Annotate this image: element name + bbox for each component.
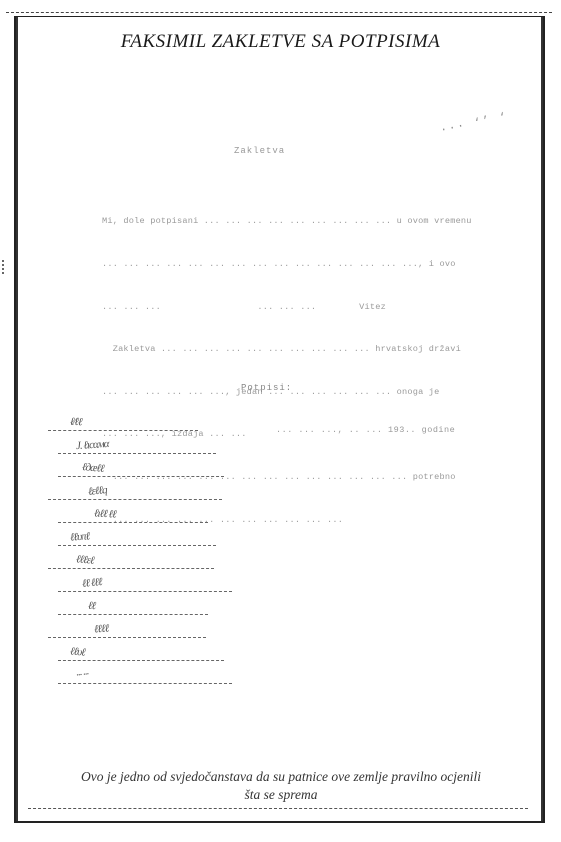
signature-line <box>48 430 198 431</box>
signature-scrawl: ℓεℓℓq <box>87 484 107 498</box>
signature-scrawl: ℓℓυℓ <box>70 645 86 658</box>
signature-line <box>58 522 208 523</box>
margin-mark <box>2 260 7 274</box>
signature-scrawl: ℓℓ ℓℓℓ <box>81 576 102 590</box>
caption-line-2: šta se sprema <box>30 786 532 804</box>
body-line: Mi, dole potpisani ... ... ... ... ... .… <box>102 214 530 228</box>
signature-line <box>58 591 232 592</box>
signature-scrawl: ··· ··· <box>75 668 88 681</box>
signature-scrawl: ℓдæℓℓ <box>82 461 105 475</box>
signature-line <box>48 499 222 500</box>
body-line: ... ... ... ... ... ... ... ... ... ... … <box>102 257 530 271</box>
signature-block: ℓ⁄ℓℓJ. ℓıсαмαℓдæℓℓℓεℓℓqℓıℓℓ ℓℓℓℓυπℓℓℓℓεℓ… <box>40 400 240 710</box>
caption-line-1: Ovo je jedno od svjedočanstava da su pat… <box>30 768 532 786</box>
signature-line <box>48 637 206 638</box>
signature-line <box>58 476 224 477</box>
frame-top-edge <box>6 12 552 13</box>
signature-line <box>58 683 232 684</box>
signature-scrawl: ℓℓℓεℓ <box>76 553 95 566</box>
signature-scrawl: ℓ⁄ℓℓ <box>70 416 82 429</box>
signature-line <box>58 614 208 615</box>
signature-line <box>58 660 224 661</box>
signature-scrawl: ℓℓυπℓ <box>70 530 90 543</box>
signature-scrawl: J. ℓıсαмα <box>76 438 109 452</box>
signatures-heading: Potpisi: <box>241 383 292 393</box>
signature-scrawl: ℓıℓℓ ℓℓ <box>94 507 116 520</box>
signature-scrawl: ℓℓ <box>88 600 96 612</box>
signature-line <box>48 568 214 569</box>
signature-line <box>58 453 216 454</box>
caption: Ovo je jedno od svjedočanstava da su pat… <box>30 768 532 804</box>
signature-line <box>58 545 216 546</box>
body-line: ... ... ... ... ... ..., jedan ... ... .… <box>102 385 530 399</box>
frame-bottom-edge <box>28 808 528 809</box>
body-line: ... ... ... ... ... ... Vitez <box>102 300 530 314</box>
place-and-date: ... ... ..., .. ... 193.. godine <box>276 425 455 435</box>
signature-scrawl: ℓℓℓℓ <box>94 623 109 636</box>
body-line: Zakletva ... ... ... ... ... ... ... ...… <box>102 342 530 356</box>
document-title: FAKSIMIL ZAKLETVE SA POTPISIMA <box>0 31 561 53</box>
oath-heading: Zakletva <box>234 146 285 156</box>
